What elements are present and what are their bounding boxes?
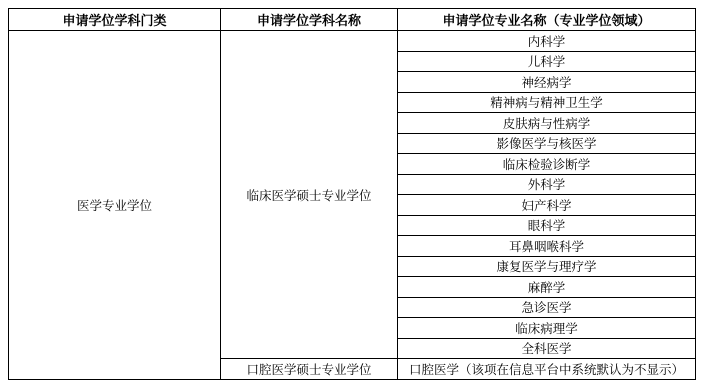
specialty-cell: 耳鼻咽喉科学 <box>398 236 696 257</box>
column-header-discipline: 申请学位学科名称 <box>221 9 398 31</box>
specialty-cell: 眼科学 <box>398 215 696 236</box>
specialty-cell: 妇产科学 <box>398 195 696 216</box>
discipline-cell-stomatology: 口腔医学硕士专业学位 <box>221 359 398 380</box>
specialty-cell: 精神病与精神卫生学 <box>398 92 696 113</box>
document-body: 申请学位学科门类 申请学位学科名称 申请学位专业名称（专业学位领域） 医学专业学… <box>0 0 701 386</box>
specialty-cell: 麻醉学 <box>398 277 696 298</box>
specialty-cell: 影像医学与核医学 <box>398 133 696 154</box>
category-cell: 医学专业学位 <box>9 31 221 380</box>
specialty-cell: 皮肤病与性病学 <box>398 113 696 134</box>
specialty-cell: 急诊医学 <box>398 297 696 318</box>
specialty-cell: 内科学 <box>398 31 696 52</box>
column-header-specialty: 申请学位专业名称（专业学位领域） <box>398 9 696 31</box>
table-row: 医学专业学位 临床医学硕士专业学位 内科学 <box>9 31 696 52</box>
degree-application-table: 申请学位学科门类 申请学位学科名称 申请学位专业名称（专业学位领域） 医学专业学… <box>8 8 696 380</box>
specialty-cell: 康复医学与理疗学 <box>398 256 696 277</box>
specialty-cell: 全科医学 <box>398 338 696 359</box>
specialty-cell: 神经病学 <box>398 72 696 93</box>
specialty-cell: 临床检验诊断学 <box>398 154 696 175</box>
specialty-cell: 儿科学 <box>398 51 696 72</box>
header-row: 申请学位学科门类 申请学位学科名称 申请学位专业名称（专业学位领域） <box>9 9 696 31</box>
specialty-cell: 口腔医学（该项在信息平台中系统默认为不显示） <box>398 359 696 380</box>
column-header-category: 申请学位学科门类 <box>9 9 221 31</box>
specialty-cell: 外科学 <box>398 174 696 195</box>
specialty-cell: 临床病理学 <box>398 318 696 339</box>
discipline-cell-clinical: 临床医学硕士专业学位 <box>221 31 398 359</box>
